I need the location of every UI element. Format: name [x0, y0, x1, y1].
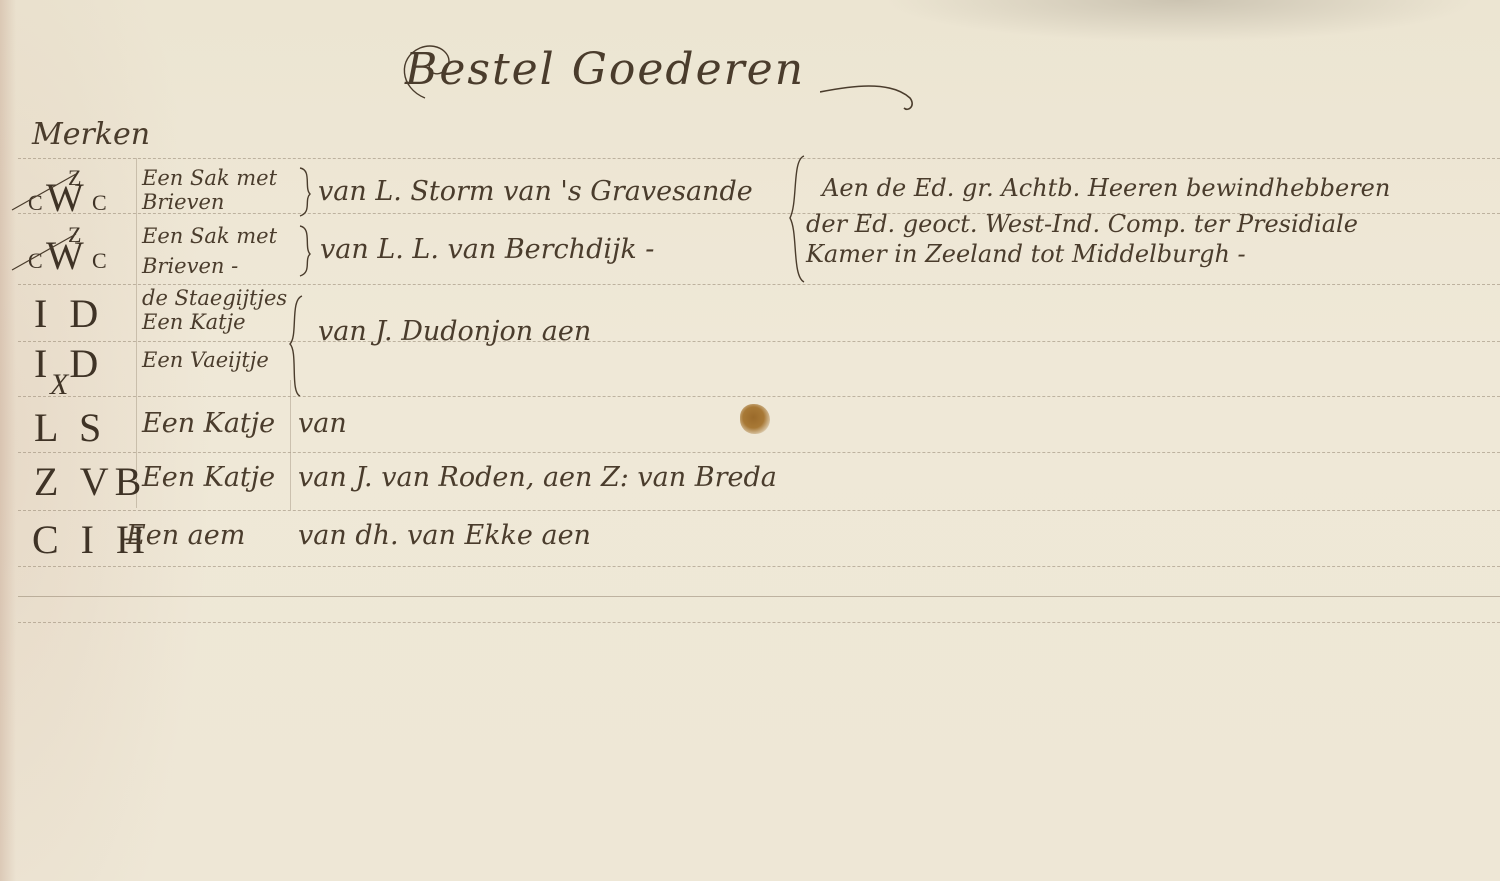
merchant-mark: I D: [34, 344, 104, 384]
item-description: Een Vaeijtje: [142, 350, 269, 371]
column-rule-marks: [136, 158, 137, 508]
rule-line: [18, 341, 1500, 342]
rule-line: [18, 510, 1500, 511]
rule-line: [18, 596, 1500, 597]
page-edge-shadow: [0, 0, 16, 881]
item-description: Een Sak met: [142, 168, 277, 189]
rule-line: [18, 452, 1500, 453]
sender: van L. Storm van 's Gravesande: [318, 178, 753, 205]
mark-strike: [10, 172, 80, 212]
manuscript-page: Bestel Goederen Merken Z C W C Een Sak m…: [0, 0, 1500, 881]
rule-line: [18, 566, 1500, 567]
item-description: Een aem: [126, 522, 245, 549]
item-description: Een Katje: [142, 312, 246, 333]
mark-right: C: [92, 192, 107, 214]
mark-strike: [10, 232, 80, 272]
title-text: Bestel Goederen: [405, 44, 805, 95]
item-description: Een Katje: [142, 410, 275, 437]
title-flourish: [820, 78, 920, 118]
item-description: Brieven -: [142, 256, 238, 277]
item-description: Een Sak met: [142, 226, 277, 247]
sender: van J. van Roden, aen Z: van Breda: [298, 464, 777, 491]
brace-entries-3-4: [286, 292, 308, 402]
brace-entries-1-2: [296, 162, 318, 282]
mark-subscript: X: [50, 370, 68, 400]
merchant-mark: L S: [34, 408, 107, 448]
addressee-line: der Ed. geoct. West-Ind. Comp. ter Presi…: [806, 212, 1358, 236]
merchant-mark: Z VB: [34, 462, 147, 502]
sender: van L. L. van Berchdijk -: [320, 236, 654, 263]
sender: van: [298, 410, 347, 437]
rule-line: [18, 396, 1500, 397]
ink-stain: [740, 404, 770, 434]
sender: van dh. van Ekke aen: [298, 522, 591, 549]
item-description: de Staegijtjes: [142, 288, 287, 309]
title-cap-flourish: [395, 38, 465, 108]
rule-line: [18, 284, 1500, 285]
item-description: Brieven: [142, 192, 224, 213]
addressee-line: Kamer in Zeeland tot Middelburgh -: [806, 242, 1246, 266]
rule-line: [18, 622, 1500, 623]
mark-right: C: [92, 250, 107, 272]
addressee-line: Aen de Ed. gr. Achtb. Heeren bewindhebbe…: [822, 176, 1390, 200]
merchant-mark: I D: [34, 294, 104, 334]
rule-line: [18, 158, 1500, 159]
item-description: Een Katje: [142, 464, 275, 491]
page-title: Bestel Goederen: [405, 48, 805, 92]
sender: van J. Dudonjon aen: [318, 318, 591, 345]
column-header-merken: Merken: [32, 120, 150, 150]
